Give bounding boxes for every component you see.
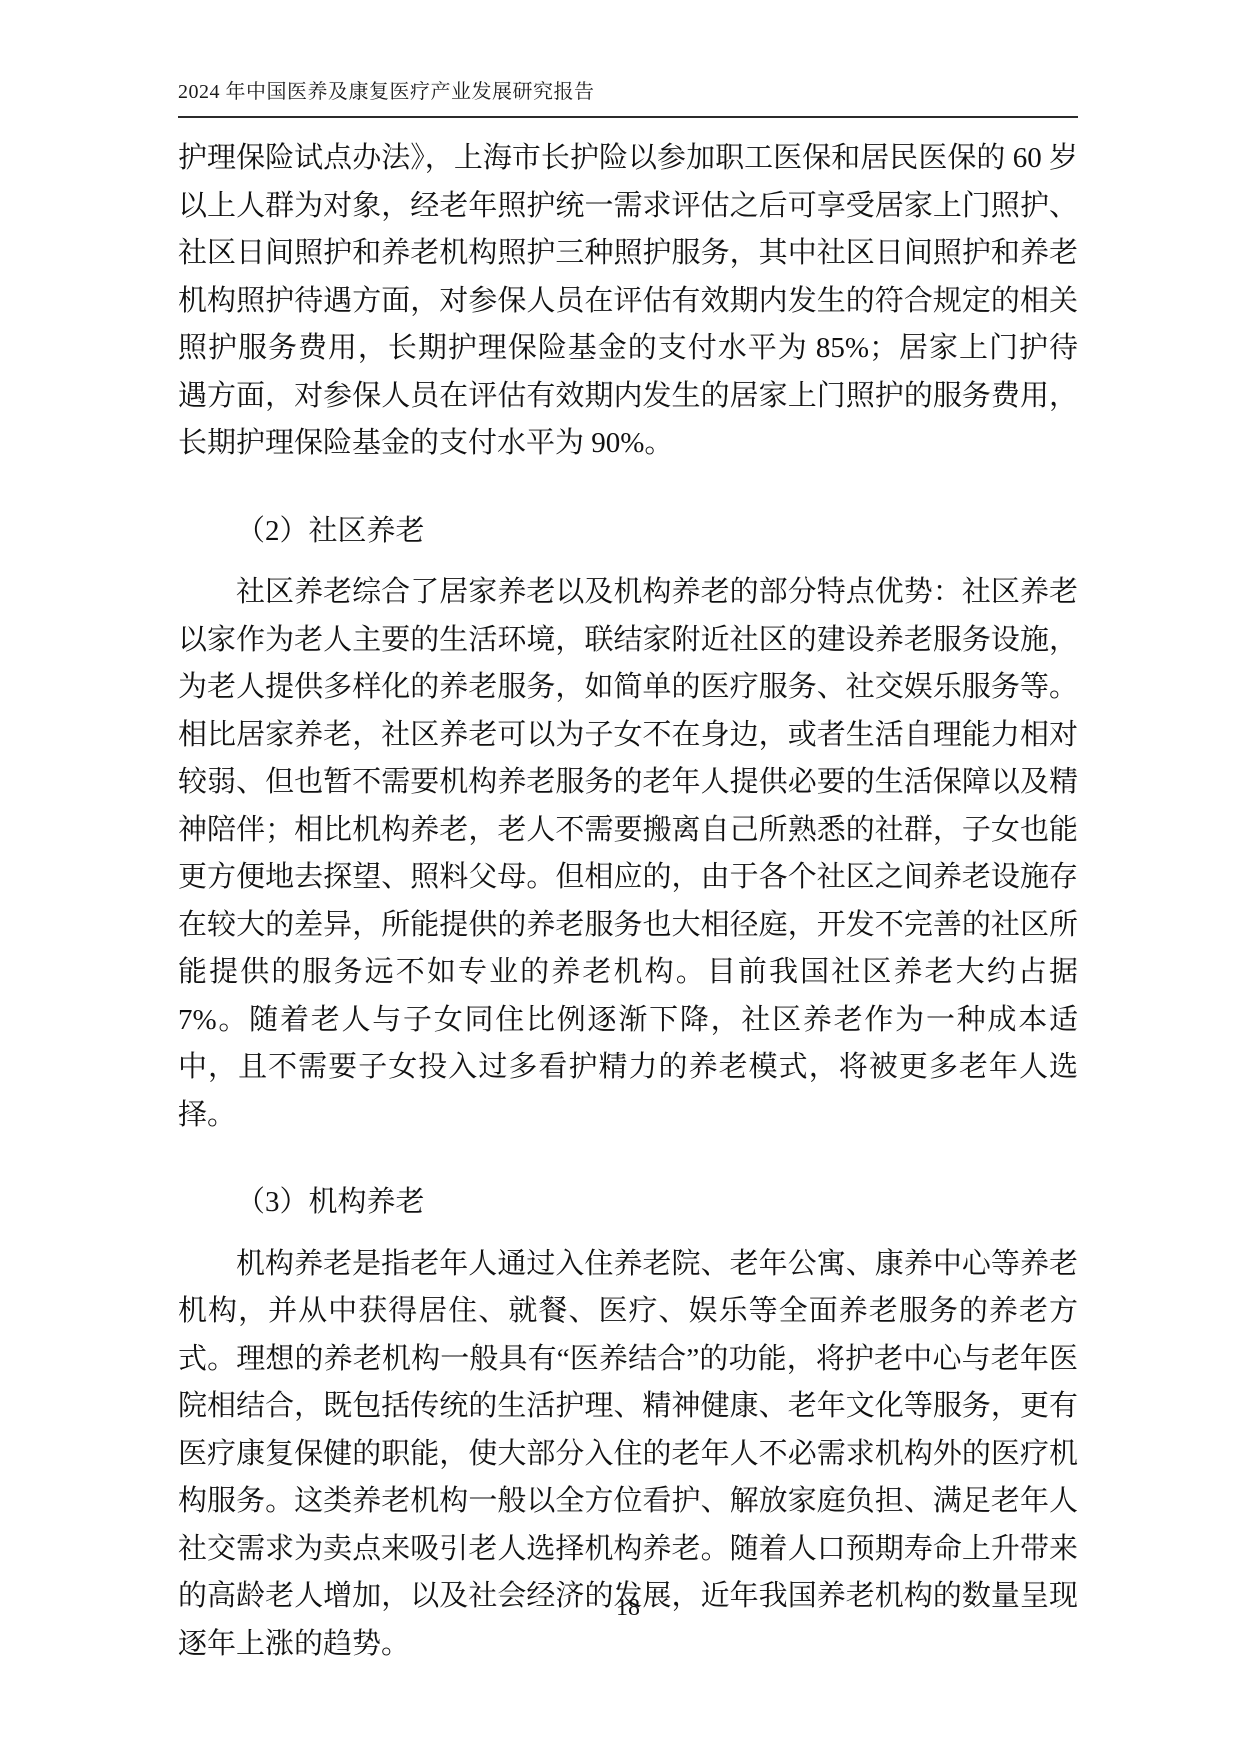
paragraph-long-term-care-insurance: 护理保险试点办法》，上海市长护险以参加职工医保和居民医保的 60 岁以上人群为对… <box>178 135 1078 468</box>
page-footer: 18 <box>178 1593 1078 1623</box>
page-body: 护理保险试点办法》，上海市长护险以参加职工医保和居民医保的 60 岁以上人群为对… <box>178 118 1078 1668</box>
section-heading-community-elderly-care: （2）社区养老 <box>178 508 1078 556</box>
paragraph-community-elderly-care: 社区养老综合了居家养老以及机构养老的部分特点优势：社区养老以家作为老人主要的生活… <box>178 569 1078 1139</box>
section-heading-institutional-elderly-care: （3）机构养老 <box>178 1179 1078 1227</box>
page-header: 2024 年中国医养及康复医疗产业发展研究报告 <box>178 0 1078 118</box>
report-page: 2024 年中国医养及康复医疗产业发展研究报告 护理保险试点办法》，上海市长护险… <box>0 0 1240 1754</box>
header-title: 2024 年中国医养及康复医疗产业发展研究报告 <box>178 80 1078 104</box>
page-number: 18 <box>616 1595 640 1621</box>
